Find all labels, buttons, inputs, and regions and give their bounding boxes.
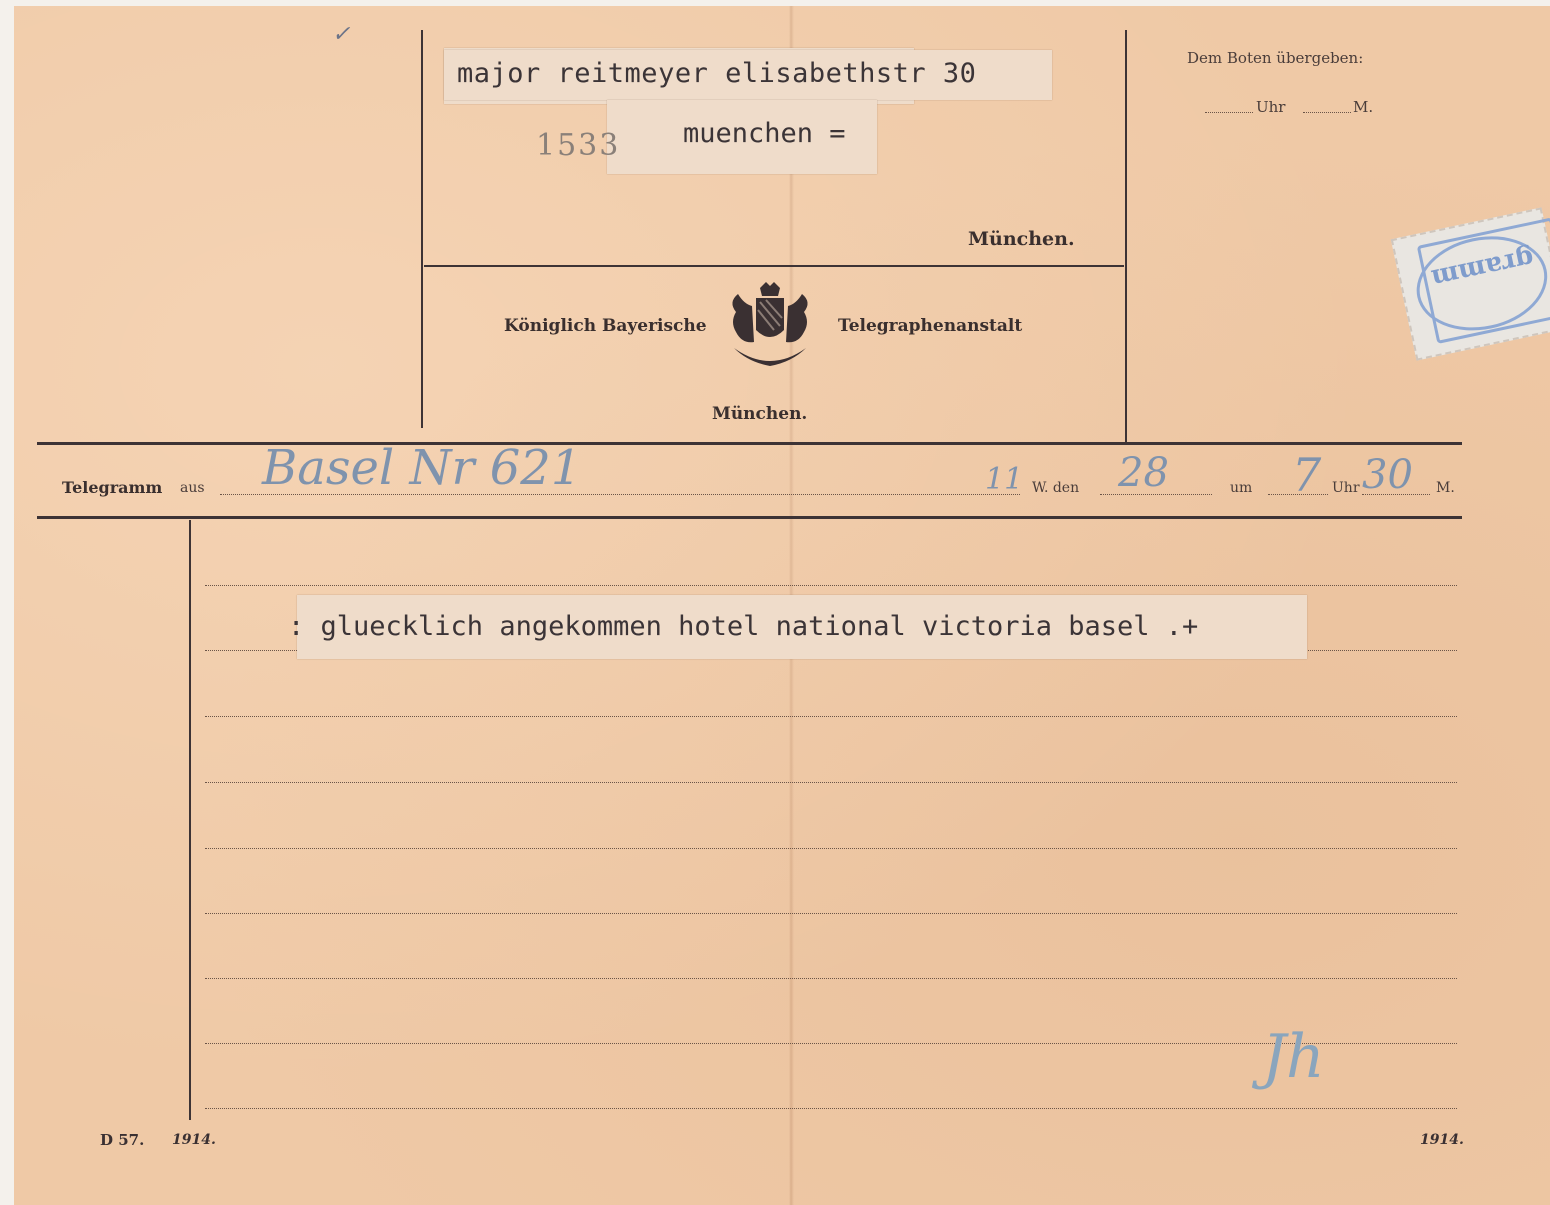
delivery-hour-field[interactable] bbox=[1205, 112, 1253, 113]
signature-handwritten: Jh bbox=[1262, 1022, 1325, 1092]
header-row-bottom-rule bbox=[37, 516, 1462, 519]
delivery-minute-field[interactable] bbox=[1303, 112, 1351, 113]
aus-label: aus bbox=[180, 480, 205, 496]
top-box-right-border bbox=[1125, 30, 1127, 442]
header-row-top-rule bbox=[37, 442, 1462, 445]
address-line-2: muenchen = bbox=[683, 118, 846, 149]
year-left: 1914. bbox=[172, 1132, 216, 1148]
top-box-divider bbox=[424, 265, 1124, 267]
office-city: München. bbox=[712, 404, 807, 424]
top-box-left-border bbox=[421, 30, 423, 428]
message-line-5[interactable] bbox=[205, 848, 1457, 849]
message-line-7[interactable] bbox=[205, 978, 1457, 979]
serial-number: 1533 bbox=[536, 128, 620, 163]
top-box-city: München. bbox=[968, 228, 1075, 250]
year-right: 1914. bbox=[1420, 1132, 1464, 1148]
delivery-label: Dem Boten übergeben: bbox=[1187, 49, 1363, 67]
office-name-left: Königlich Bayerische bbox=[504, 316, 707, 336]
message-line-9[interactable] bbox=[205, 1108, 1457, 1109]
office-name-right: Telegraphenanstalt bbox=[838, 316, 1022, 336]
message-line-6[interactable] bbox=[205, 913, 1457, 914]
delivery-m-label: M. bbox=[1353, 98, 1373, 116]
day-handwritten: 28 bbox=[1118, 450, 1169, 496]
hour-handwritten: 7 bbox=[1292, 448, 1321, 502]
um-label: um bbox=[1230, 480, 1252, 496]
message-line-1[interactable] bbox=[205, 585, 1457, 586]
message-text: : gluecklich angekommen hotel national v… bbox=[288, 611, 1198, 642]
message-margin-rule bbox=[189, 520, 191, 1120]
check-mark-icon: ✓ bbox=[332, 22, 350, 47]
words-den-label: W. den bbox=[1032, 480, 1079, 496]
message-line-3[interactable] bbox=[205, 716, 1457, 717]
minute-handwritten: 30 bbox=[1362, 452, 1413, 498]
bavarian-coat-of-arms-icon bbox=[722, 282, 818, 374]
address-line-1: major reitmeyer elisabethstr 30 bbox=[457, 58, 976, 89]
origin-handwritten: Basel Nr 621 bbox=[262, 440, 581, 496]
uhr-label: Uhr bbox=[1332, 480, 1360, 496]
delivery-uhr-label: Uhr bbox=[1256, 98, 1285, 116]
form-number: D 57. bbox=[100, 1131, 144, 1149]
m-label: M. bbox=[1436, 480, 1455, 496]
word-count-handwritten: 11 bbox=[985, 462, 1023, 497]
message-line-4[interactable] bbox=[205, 782, 1457, 783]
telegramm-label: Telegramm bbox=[62, 478, 162, 497]
